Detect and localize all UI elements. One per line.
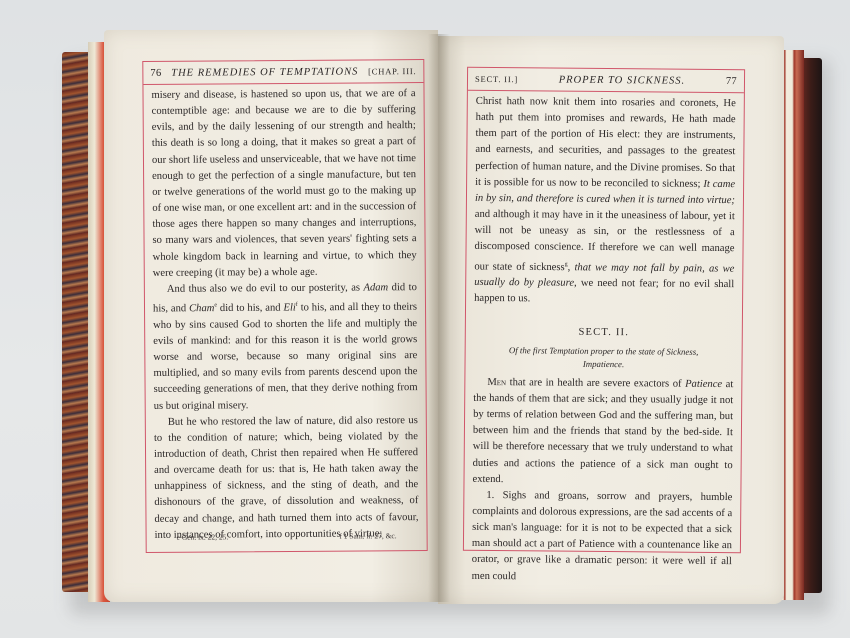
running-title: PROPER TO SICKNESS. <box>559 74 686 86</box>
paragraph: Men that are in health are severe exacto… <box>472 375 733 490</box>
paragraph: Christ hath now knit them into rosaries … <box>474 94 736 310</box>
footnote: f 1 Sam. ii. 27, &c. <box>339 531 396 540</box>
right-running-head: SECT. II.] PROPER TO SICKNESS. 77 <box>468 68 744 93</box>
section-heading: SECT. II. <box>474 323 734 341</box>
page-number: 76 <box>150 67 161 78</box>
left-body-text: misery and disease, is hastened so upon … <box>151 86 418 544</box>
footnote: e Gen. ix. 22, 25. <box>177 532 229 541</box>
left-page-frame: 76 THE REMEDIES OF TEMPTATIONS [CHAP. II… <box>142 59 427 553</box>
book-gutter <box>428 34 450 602</box>
footnotes: e Gen. ix. 22, 25. f 1 Sam. ii. 27, &c. <box>177 531 397 542</box>
left-running-head: 76 THE REMEDIES OF TEMPTATIONS [CHAP. II… <box>143 60 423 85</box>
right-body-text: Christ hath now knit them into rosaries … <box>472 94 736 587</box>
section-label: SECT. II.] <box>475 74 518 84</box>
paragraph: misery and disease, is hastened so upon … <box>151 86 416 282</box>
paragraph: But he who restored the law of nature, d… <box>154 413 419 544</box>
section-subtitle: Of the first Temptation proper to the st… <box>473 344 733 372</box>
paragraph: 1. Sighs and groans, sorrow and prayers,… <box>472 488 733 587</box>
page-number: 77 <box>726 76 737 87</box>
running-title: THE REMEDIES OF TEMPTATIONS <box>171 66 358 78</box>
paragraph: And thus also we do evil to our posterit… <box>153 280 418 415</box>
chapter-label: [CHAP. III. <box>368 66 416 76</box>
right-page-frame: SECT. II.] PROPER TO SICKNESS. 77 Christ… <box>463 67 745 553</box>
